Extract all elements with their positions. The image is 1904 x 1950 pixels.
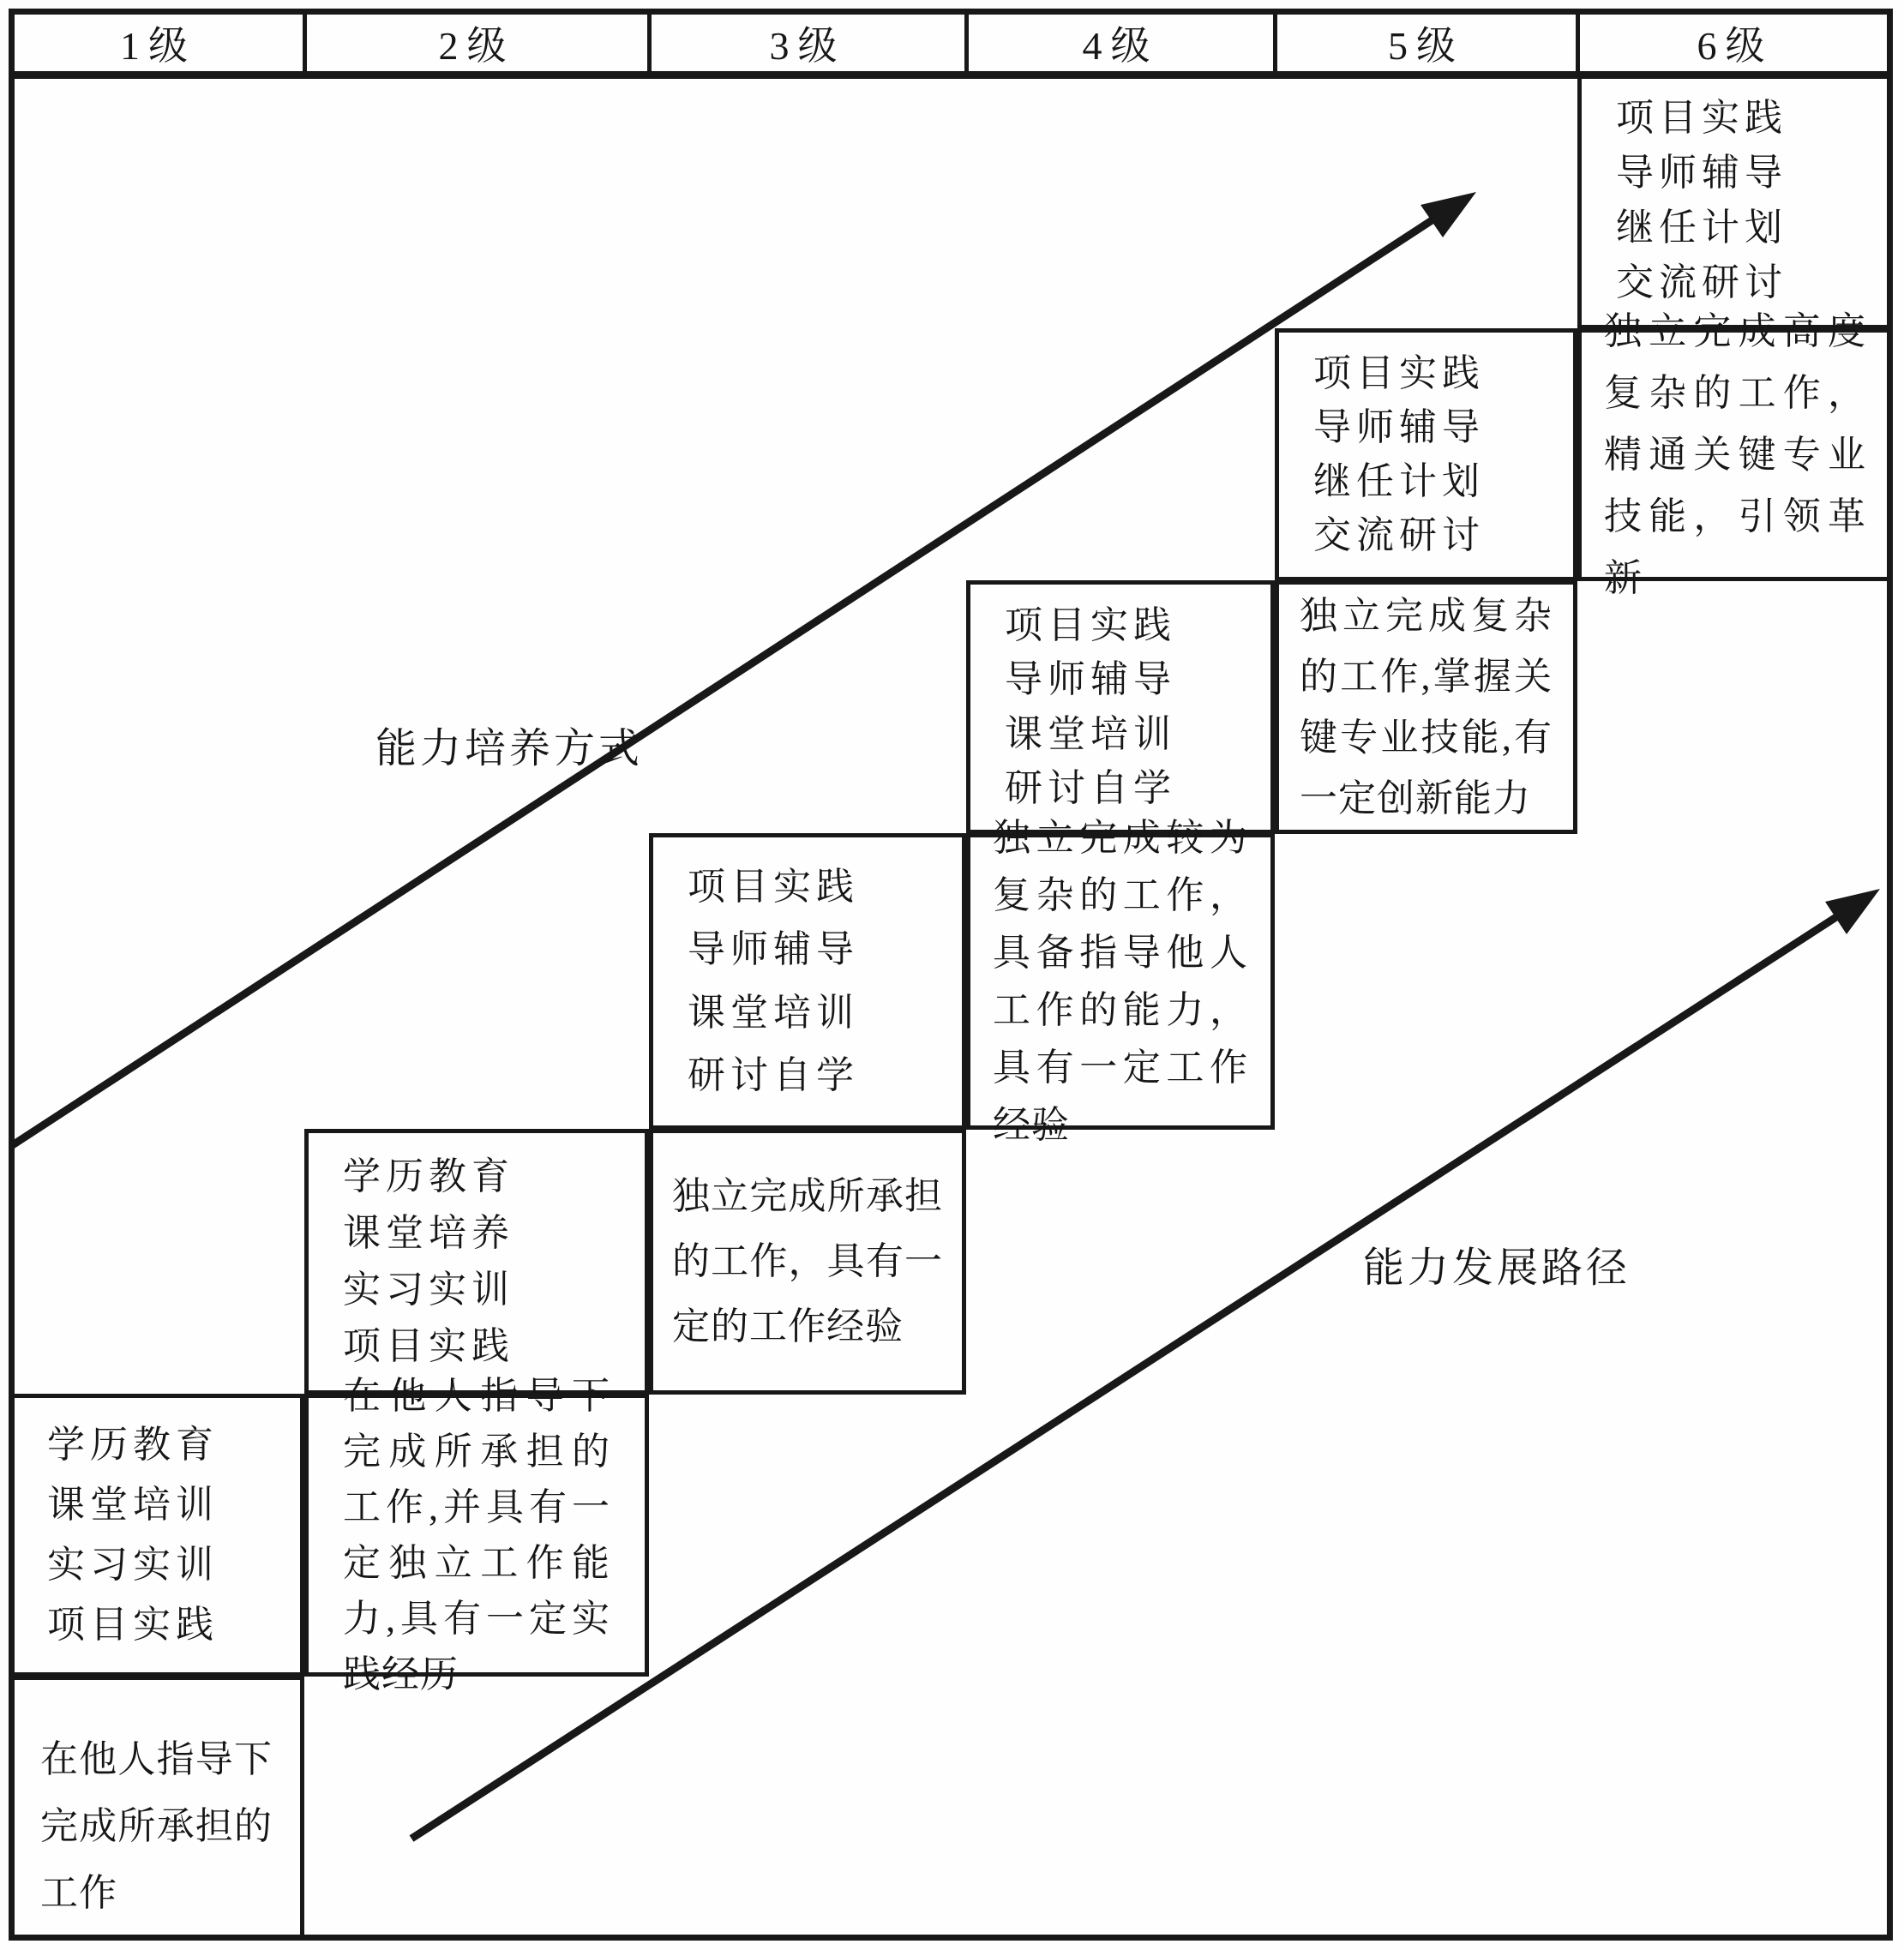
- methods-line: 项目实践: [47, 1605, 293, 1645]
- cell-level2-methods: 学历教育 课堂培养 实习实训 项目实践: [304, 1129, 649, 1395]
- methods-line: 项目实践: [688, 867, 955, 907]
- description-text: 在他人指导下完成所承担的工作: [40, 1685, 273, 1927]
- description-text: 独立完成复杂的工作,掌握关键专业技能,有一定创新能力: [1300, 585, 1553, 829]
- methods-line: 课堂培训: [688, 993, 955, 1033]
- methods-line: 课堂培养: [343, 1214, 638, 1253]
- description-text: 独立完成所承担的工作，具有一定的工作经验: [672, 1164, 943, 1359]
- cell-level6-methods: 项目实践 导师辅导 继任计划 交流研讨: [1577, 72, 1893, 329]
- methods-line: 项目实践: [1005, 606, 1264, 645]
- methods-line: 继任计划: [1313, 462, 1566, 501]
- cell-level6-description: 独立完成高度复杂的工作，精通关键专业技能，引领革新: [1577, 328, 1893, 581]
- training-path-label: 能力培养方式: [375, 715, 643, 774]
- methods-line: 项目实践: [343, 1327, 638, 1366]
- cell-level4-methods: 项目实践 导师辅导 课堂培训 研讨自学: [966, 580, 1275, 834]
- methods-line: 课堂培训: [47, 1485, 293, 1525]
- column-header-level-5: 5级: [1275, 21, 1577, 72]
- methods-line: 实习实训: [343, 1270, 638, 1310]
- methods-line: 交流研讨: [1616, 263, 1882, 303]
- column-header-level-6: 6级: [1577, 21, 1893, 72]
- cell-level3-description: 独立完成所承担的工作，具有一定的工作经验: [649, 1129, 966, 1395]
- cell-level1-methods: 学历教育 课堂培训 实习实训 项目实践: [9, 1394, 304, 1677]
- cell-level2-description: 在他人指导下完成所承担的工作,并具有一定独立工作能力,具有一定实践经历: [304, 1394, 649, 1677]
- column-header-level-4: 4级: [966, 21, 1275, 72]
- methods-line: 项目实践: [1616, 99, 1882, 138]
- cell-level4-description: 独立完成较为复杂的工作，具备指导他人工作的能力，具有一定工作经验: [966, 833, 1275, 1130]
- description-text: 独立完成较为复杂的工作，具备指导他人工作的能力，具有一定工作经验: [993, 809, 1248, 1154]
- methods-line: 继任计划: [1616, 208, 1882, 248]
- development-path-label: 能力发展路径: [1363, 1234, 1631, 1293]
- methods-line: 项目实践: [1313, 354, 1566, 393]
- column-header-level-3: 3级: [649, 21, 966, 72]
- methods-line: 导师辅导: [1616, 153, 1882, 193]
- methods-line: 课堂培训: [1005, 715, 1264, 754]
- cell-level3-methods: 项目实践 导师辅导 课堂培训 研讨自学: [649, 833, 966, 1130]
- methods-line: 导师辅导: [1005, 660, 1264, 699]
- description-text: 独立完成高度复杂的工作，精通关键专业技能，引领革新: [1604, 301, 1866, 609]
- methods-line: 导师辅导: [688, 930, 955, 969]
- cell-level5-description: 独立完成复杂的工作,掌握关键专业技能,有一定创新能力: [1275, 580, 1577, 834]
- methods-line: 交流研讨: [1313, 516, 1566, 555]
- description-text: 在他人指导下完成所承担的工作,并具有一定独立工作能力,具有一定实践经历: [343, 1368, 610, 1702]
- methods-line: 研讨自学: [1005, 769, 1264, 808]
- methods-line: 学历教育: [47, 1425, 293, 1465]
- methods-line: 导师辅导: [1313, 408, 1566, 447]
- cell-level1-description: 在他人指导下完成所承担的工作: [9, 1676, 304, 1941]
- cell-level5-methods: 项目实践 导师辅导 继任计划 交流研讨: [1275, 328, 1577, 581]
- column-header-level-1: 1级: [12, 21, 304, 72]
- methods-line: 学历教育: [343, 1157, 638, 1197]
- competency-ladder-figure: 1级 2级 3级 4级 5级 6级 项目实践 导师辅导 继任计划 交流研讨 项目…: [0, 0, 1904, 1950]
- methods-line: 实习实训: [47, 1545, 293, 1585]
- column-header-level-2: 2级: [304, 21, 649, 72]
- methods-line: 研讨自学: [688, 1056, 955, 1095]
